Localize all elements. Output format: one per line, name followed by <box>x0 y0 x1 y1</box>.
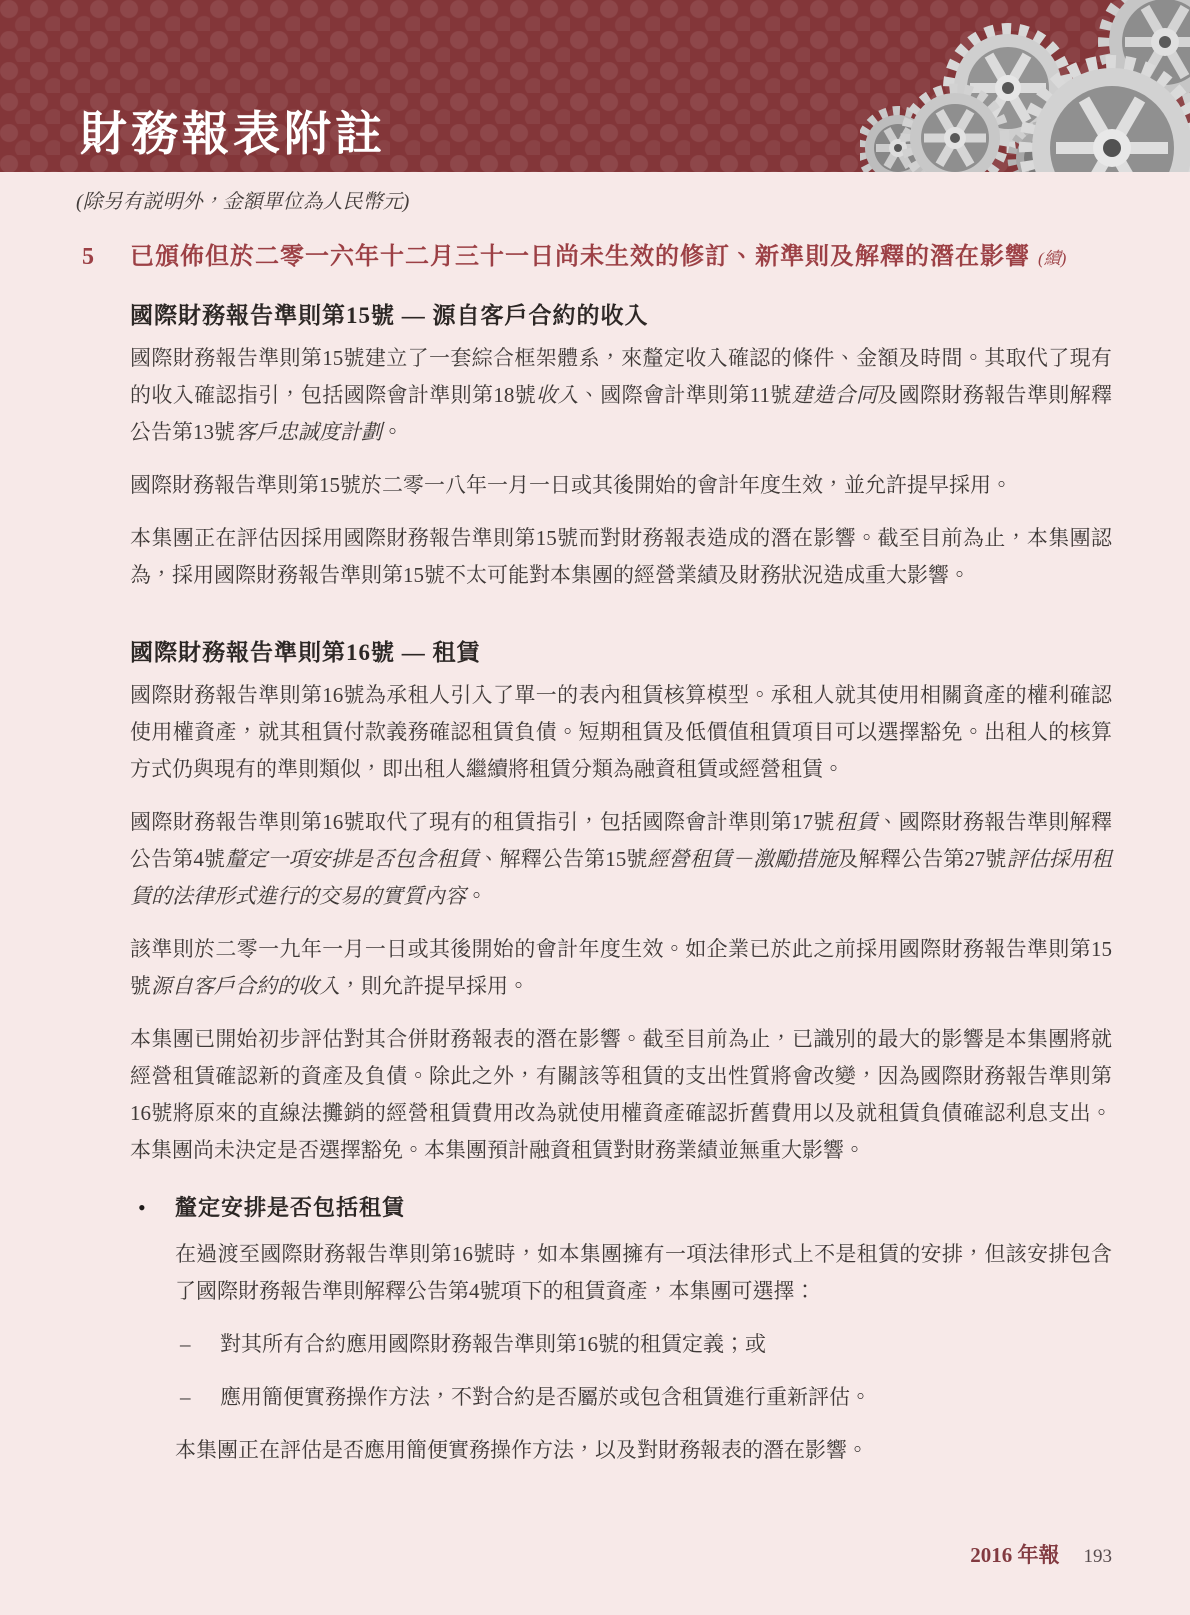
page-footer: 2016 年報 193 <box>970 1539 1112 1569</box>
page-title: 財務報表附註 <box>80 97 386 164</box>
ifrs15-paragraph-1: 國際財務報告準則第15號建立了一套綜合框架體系，來釐定收入確認的條件、金額及時間… <box>130 340 1112 451</box>
section-continued-label: (續) <box>1038 249 1066 268</box>
dash-icon: – <box>180 1326 220 1363</box>
ifrs16-paragraph-4: 本集團已開始初步評估對其合併財務報表的潛在影響。截至目前為止，已識別的最大的影響… <box>130 1021 1112 1169</box>
ifrs15-heading: 國際財務報告準則第15號 — 源自客戶合約的收入 <box>130 297 1112 330</box>
list-item-text: 應用簡便實務操作方法，不對合約是否屬於或包含租賃進行重新評估。 <box>220 1379 871 1416</box>
page-number: 193 <box>1084 1546 1113 1567</box>
ifrs15-paragraph-2: 國際財務報告準則第15號於二零一八年一月一日或其後開始的會計年度生效，並允許提早… <box>130 467 1112 504</box>
report-year-label: 2016 年報 <box>970 1543 1059 1567</box>
content-column: 國際財務報告準則第15號 — 源自客戶合約的收入 國際財務報告準則第15號建立了… <box>130 297 1112 1469</box>
section-number: 5 <box>82 244 130 271</box>
ifrs16-paragraph-1: 國際財務報告準則第16號為承租人引入了單一的表內租賃核算模型。承租人就其使用相關… <box>130 677 1112 788</box>
bullet-intro-paragraph: 在過渡至國際財務報告準則第16號時，如本集團擁有一項法律形式上不是租賃的安排，但… <box>175 1236 1112 1310</box>
bullet-icon: • <box>138 1195 175 1221</box>
bullet-heading-row: • 釐定安排是否包括租賃 <box>138 1191 1112 1222</box>
ifrs16-heading: 國際財務報告準則第16號 — 租賃 <box>130 634 1112 667</box>
ifrs16-paragraph-3: 該準則於二零一九年一月一日或其後開始的會計年度生效。如企業已於此之前採用國際財務… <box>130 931 1112 1005</box>
section-title: 已頒佈但於二零一六年十二月三十一日尚未生效的修訂、新準則及解釋的潛在影響(續) <box>130 236 1066 271</box>
list-item: – 應用簡便實務操作方法，不對合約是否屬於或包含租賃進行重新評估。 <box>180 1379 1112 1416</box>
list-item-text: 對其所有合約應用國際財務報告準則第16號的租賃定義；或 <box>220 1326 766 1363</box>
ifrs16-paragraph-2: 國際財務報告準則第16號取代了現有的租賃指引，包括國際會計準則第17號租賃、國際… <box>130 804 1112 915</box>
currency-note: (除另有説明外，金額單位為人民幣元) <box>76 185 1190 214</box>
section-5-heading: 5 已頒佈但於二零一六年十二月三十一日尚未生效的修訂、新準則及解釋的潛在影響(續… <box>82 236 1112 271</box>
gears-illustration <box>860 0 1190 172</box>
page: 財務報表附註 <box>0 0 1190 1469</box>
ifrs15-paragraph-3: 本集團正在評估因採用國際財務報告準則第15號而對財務報表造成的潛在影響。截至目前… <box>130 520 1112 594</box>
section-title-text: 已頒佈但於二零一六年十二月三十一日尚未生效的修訂、新準則及解釋的潛在影響 <box>130 244 1030 270</box>
closing-paragraph: 本集團正在評估是否應用簡便實務操作方法，以及對財務報表的潛在影響。 <box>175 1432 1112 1469</box>
bullet-heading: 釐定安排是否包括租賃 <box>175 1191 405 1222</box>
header-band: 財務報表附註 <box>0 0 1190 172</box>
dash-icon: – <box>180 1379 220 1416</box>
list-item: – 對其所有合約應用國際財務報告準則第16號的租賃定義；或 <box>180 1326 1112 1363</box>
